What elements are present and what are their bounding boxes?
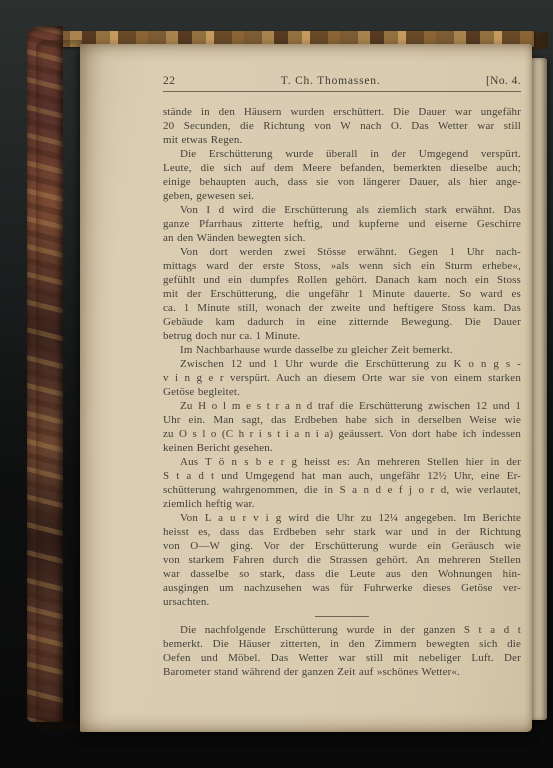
- text-line: Uhr ein. Man sagt, das Erdbeben habe sic…: [163, 413, 521, 427]
- text-line: bemerkt. Die Häuser zitterten, in den Zi…: [163, 637, 521, 651]
- text-line: einige behaupten auch, dass sie von läng…: [163, 175, 521, 189]
- text-line: Von I d wird die Erschütterung als zieml…: [163, 203, 521, 217]
- text-line: geben, gewesen sei.: [163, 189, 521, 203]
- text-line: Von dort werden zwei Stösse erwähnt. Geg…: [163, 245, 521, 259]
- page-content: 22 T. Ch. Thomassen. [No. 4. stände in d…: [163, 74, 521, 679]
- page-number: 22: [163, 74, 175, 88]
- text-line: Oefen und Möbel. Das Wetter war still mi…: [163, 651, 521, 665]
- text-line: Im Nachbarhause wurde dasselbe zu gleich…: [163, 343, 521, 357]
- scanned-book-photo: 22 T. Ch. Thomassen. [No. 4. stände in d…: [0, 0, 553, 768]
- text-line: stände in den Häusern wurden erschüttert…: [163, 105, 521, 119]
- text-line: Von L a u r v i g wird die Uhr zu 12¼ an…: [163, 511, 521, 525]
- text-line: v i n g e r verspürt. Auch an diesem Ort…: [163, 371, 521, 385]
- text-line: Zu H o l m e s t r a n d traf die Erschü…: [163, 399, 521, 413]
- text-line: zu O s l o (C h r i s t i a n i a) geäus…: [163, 427, 521, 441]
- running-title: T. Ch. Thomassen.: [281, 74, 381, 88]
- text-line: mittags ward der erste Stoss, »als wenn …: [163, 259, 521, 273]
- text-line: von starkem Fahren durch die Strassen ge…: [163, 553, 521, 567]
- text-line: S t a d t und Umgegend hat man auch, ung…: [163, 469, 521, 483]
- text-line: Barometer stand während der ganzen Zeit …: [163, 665, 521, 679]
- text-line: ca. 1 Minute still, wonach der zweite un…: [163, 301, 521, 315]
- text-line: ursachten.: [163, 595, 521, 609]
- text-line: von O—W ging. Vor der Erschütterung wurd…: [163, 539, 521, 553]
- text-line: Leute, die sich auf dem Meere befanden, …: [163, 161, 521, 175]
- text-line: 20 Secunden, die Richtung von W nach O. …: [163, 119, 521, 133]
- section-separator: [315, 616, 369, 617]
- text-line: Die nachfolgende Erschütterung wurde in …: [163, 623, 521, 637]
- text-line: ausgingen um nachzusehen was für Fuhrwer…: [163, 581, 521, 595]
- header-rule: [163, 91, 521, 92]
- text-line: war dasselbe so stark, dass die Leute au…: [163, 567, 521, 581]
- text-line: keinen Bericht gesehen.: [163, 441, 521, 455]
- text-line: mit der Erschütterung, die ungefähr 1 Mi…: [163, 287, 521, 301]
- issue-number: [No. 4.: [486, 74, 521, 88]
- text-line: Getöse begleitet.: [163, 385, 521, 399]
- text-line: heisst es, dass das Erdbeben sehr stark …: [163, 525, 521, 539]
- text-line: an den Wänden bewegten sich.: [163, 231, 521, 245]
- left-page-edges: [36, 40, 82, 730]
- page-header: 22 T. Ch. Thomassen. [No. 4.: [163, 74, 521, 88]
- book-page: 22 T. Ch. Thomassen. [No. 4. stände in d…: [80, 44, 532, 732]
- text-line: betrug doch nur ca. 1 Minute.: [163, 329, 521, 343]
- text-line: ziemlich heftig war.: [163, 497, 521, 511]
- text-line: schütterung wahrgenommen, die in S a n d…: [163, 483, 521, 497]
- text-line: ganze Pfarrhaus zitterte heftig, und kup…: [163, 217, 521, 231]
- text-line: gefühlt und ein dumpfes Rollen gehört. D…: [163, 273, 521, 287]
- text-line: Zwischen 12 und 1 Uhr wurde die Erschütt…: [163, 357, 521, 371]
- text-line: Die Erschütterung wurde überall in der U…: [163, 147, 521, 161]
- text-block: stände in den Häusern wurden erschüttert…: [163, 105, 521, 679]
- text-line: Aus T ö n s b e r g heisst es: An mehrer…: [163, 455, 521, 469]
- text-line: mit etwas Regen.: [163, 133, 521, 147]
- text-line: Gebäude kam dadurch in eine zitternde Be…: [163, 315, 521, 329]
